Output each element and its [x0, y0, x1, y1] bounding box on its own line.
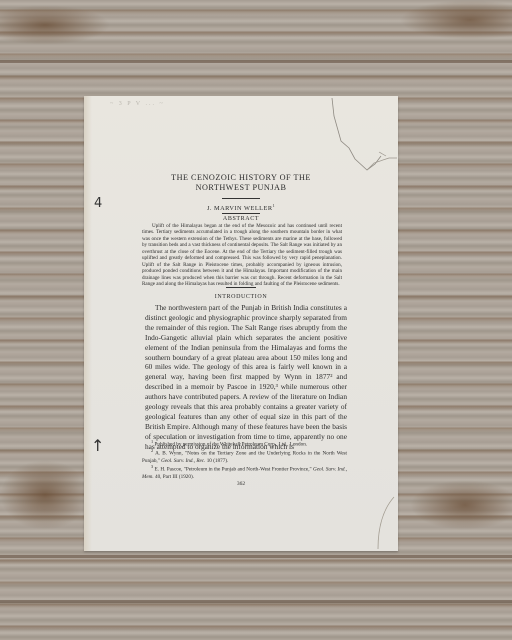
wood-plank-gap — [0, 600, 512, 603]
wood-knot — [400, 0, 512, 40]
footnote-1: 1 Published by permission of the Whiteha… — [142, 439, 347, 448]
wood-plank-gap — [0, 60, 512, 63]
document-title-line-2: NORTHWEST PUNJAB — [84, 183, 398, 193]
footnotes: 1 Published by permission of the Whiteha… — [142, 439, 347, 480]
wood-plank-gap — [0, 555, 512, 558]
footnote-3: 3 E. H. Pascoe, "Petroleum in the Punjab… — [142, 464, 347, 480]
document-page: ~ 3 P V ... ~ 4 ↑ THE CENOZOIC HISTORY O… — [84, 96, 398, 551]
author-footnote-mark: 1 — [273, 203, 276, 208]
title-divider — [222, 198, 260, 199]
abstract-heading: ABSTRACT — [84, 216, 398, 222]
author-divider — [222, 213, 260, 214]
author-name: J. MARVIN WELLER1 — [84, 203, 398, 212]
introduction-heading: INTRODUCTION — [84, 294, 398, 300]
footnote-2: 2 A. B. Wynn, "Notes on the Tertiary Zon… — [142, 448, 347, 464]
abstract-divider — [226, 287, 256, 288]
abstract-text: Uplift of the Himalayas began at the end… — [142, 223, 342, 288]
wood-knot — [0, 5, 110, 45]
wood-knot — [0, 460, 90, 530]
page-number: 362 — [84, 481, 398, 487]
wood-knot — [410, 480, 512, 530]
pencil-arrow-mark-bottom: ↑ — [91, 436, 104, 455]
author-text: J. MARVIN WELLER — [207, 205, 273, 212]
paper-crease-bottom — [364, 491, 398, 551]
faint-pencil-text: ~ 3 P V ... ~ — [110, 101, 165, 107]
introduction-body: The northwestern part of the Punjab in B… — [145, 303, 347, 452]
paper-tear — [319, 96, 399, 176]
document-title-line-1: THE CENOZOIC HISTORY OF THE — [84, 173, 398, 183]
